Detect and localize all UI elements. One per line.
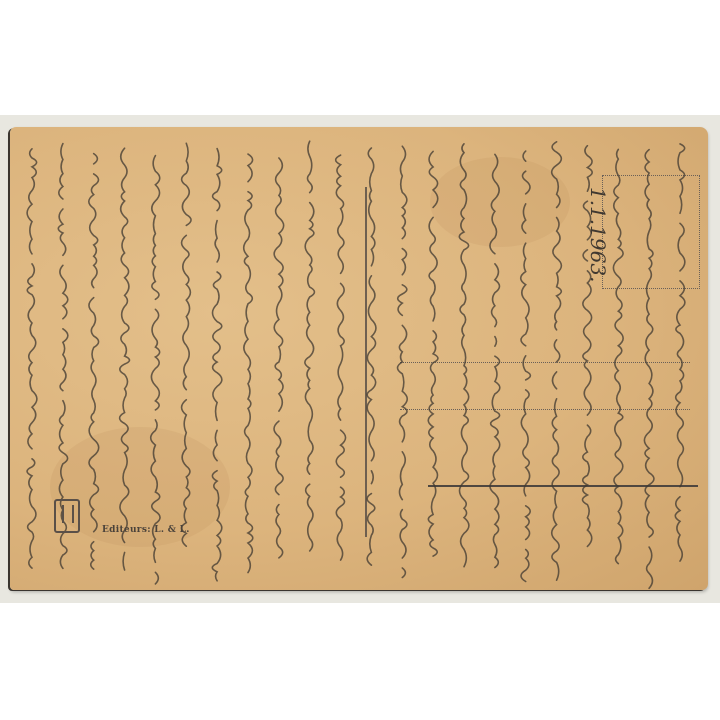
postcard: 1.1.1963. Editeurs: L. & L. bbox=[10, 127, 708, 590]
publisher-logo-icon bbox=[54, 499, 80, 533]
publisher-imprint: Editeurs: L. & L. bbox=[102, 525, 190, 535]
date-text: 1.1.1963. bbox=[586, 187, 610, 282]
